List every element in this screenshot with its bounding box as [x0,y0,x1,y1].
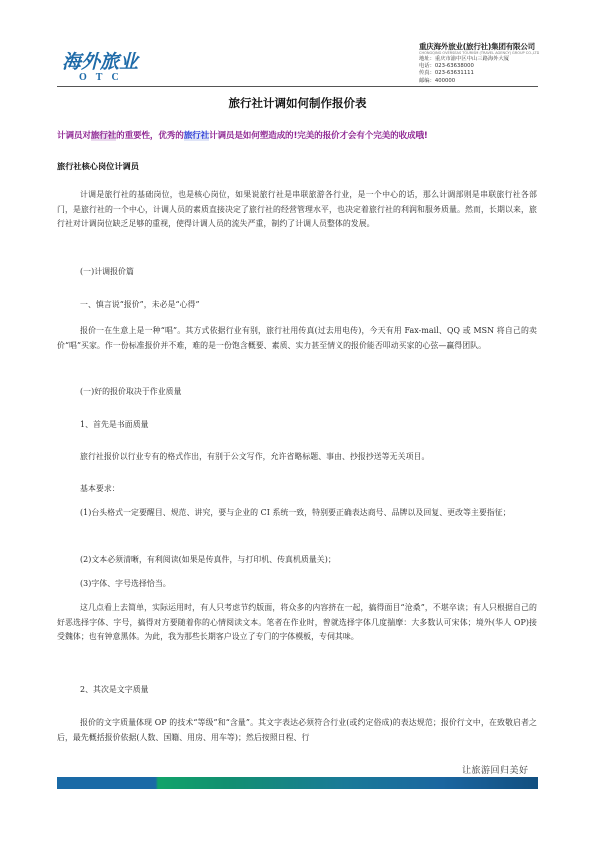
intro-text-1: 计调员对 [57,131,91,141]
document-title: 旅行社计调如何制作报价表 [0,95,595,111]
heading-quotation: (一)计调报价篇 [80,265,540,280]
travel-agency-link-1[interactable]: 旅行社 [91,131,116,141]
header-divider [57,86,538,87]
footer-slogan: 让旅游回归美好 [462,763,529,776]
intro-line: 计调员对旅行社的重要性，优秀的旅行社计调员是如何塑造成的!完美的报价才会有个完美… [57,129,547,141]
footer-color-bar [57,777,538,789]
paragraph-2: 报价一在生意上是一种“唱”。其方式依据行业有别，旅行社用传真(过去用电传)，今天… [57,324,537,353]
logo-english-text: OTC [79,72,152,83]
company-fax: 传真：023-63631111 [419,70,539,77]
logo-chinese-text: 海外旅业 [62,52,152,72]
paragraph-3: 旅行社报价以行业专有的格式作出，有别于公文写作，允许省略标题、事由、抄报抄送等无… [80,450,540,465]
company-logo: 海外旅业 OTC [62,52,152,83]
heading-text-quality: 2、其次是文字质量 [80,683,540,698]
requirement-3: (3)字体、字号选择恰当。 [80,577,540,592]
company-postcode: 邮编：400000 [419,78,539,85]
company-info: 重庆海外旅业(旅行社)集团有限公司 CHONGQING OVERSEAS TOU… [419,42,539,85]
travel-agency-link-2[interactable]: 旅行社 [184,131,209,141]
company-name: 重庆海外旅业(旅行社)集团有限公司 [419,42,539,51]
intro-text-3: 计调员是如何塑造成的!完美的报价才会有个完美的收成哦! [209,131,428,141]
requirement-1: (1)台头格式一定要醒目、规范、讲究，要与企业的 CI 系统一致，特别要正确表达… [57,506,537,521]
requirement-2: (2)文本必须清晰，有利阅读(如果是传真件，与打印机、传真机质量关)； [80,553,540,568]
section-heading: 旅行社核心岗位计调员 [57,161,139,172]
heading-written-quality: 1、首先是书面质量 [80,418,540,433]
heading-basic-requirements: 基本要求： [80,482,540,497]
intro-text-2: 的重要性，优秀的 [116,131,184,141]
paragraph-4: 这几点看上去简单，实际运用时，有人只考虑节约版面，将众多的内容挤在一起，搞得面目… [57,601,537,645]
paragraph-5: 报价的文字质量体现 OP 的技术“等级”和“含量”。其文字表达必须符合行业(或约… [57,716,537,745]
heading-work-quality: (一)好的报价取决于作业质量 [80,385,540,400]
paragraph-1: 计调是旅行社的基础岗位，也是核心岗位，如果说旅行社是串联旅游各行业，是一个中心的… [57,188,537,232]
heading-caution: 一、慎言说“报价”，未必是“心得” [80,298,540,313]
